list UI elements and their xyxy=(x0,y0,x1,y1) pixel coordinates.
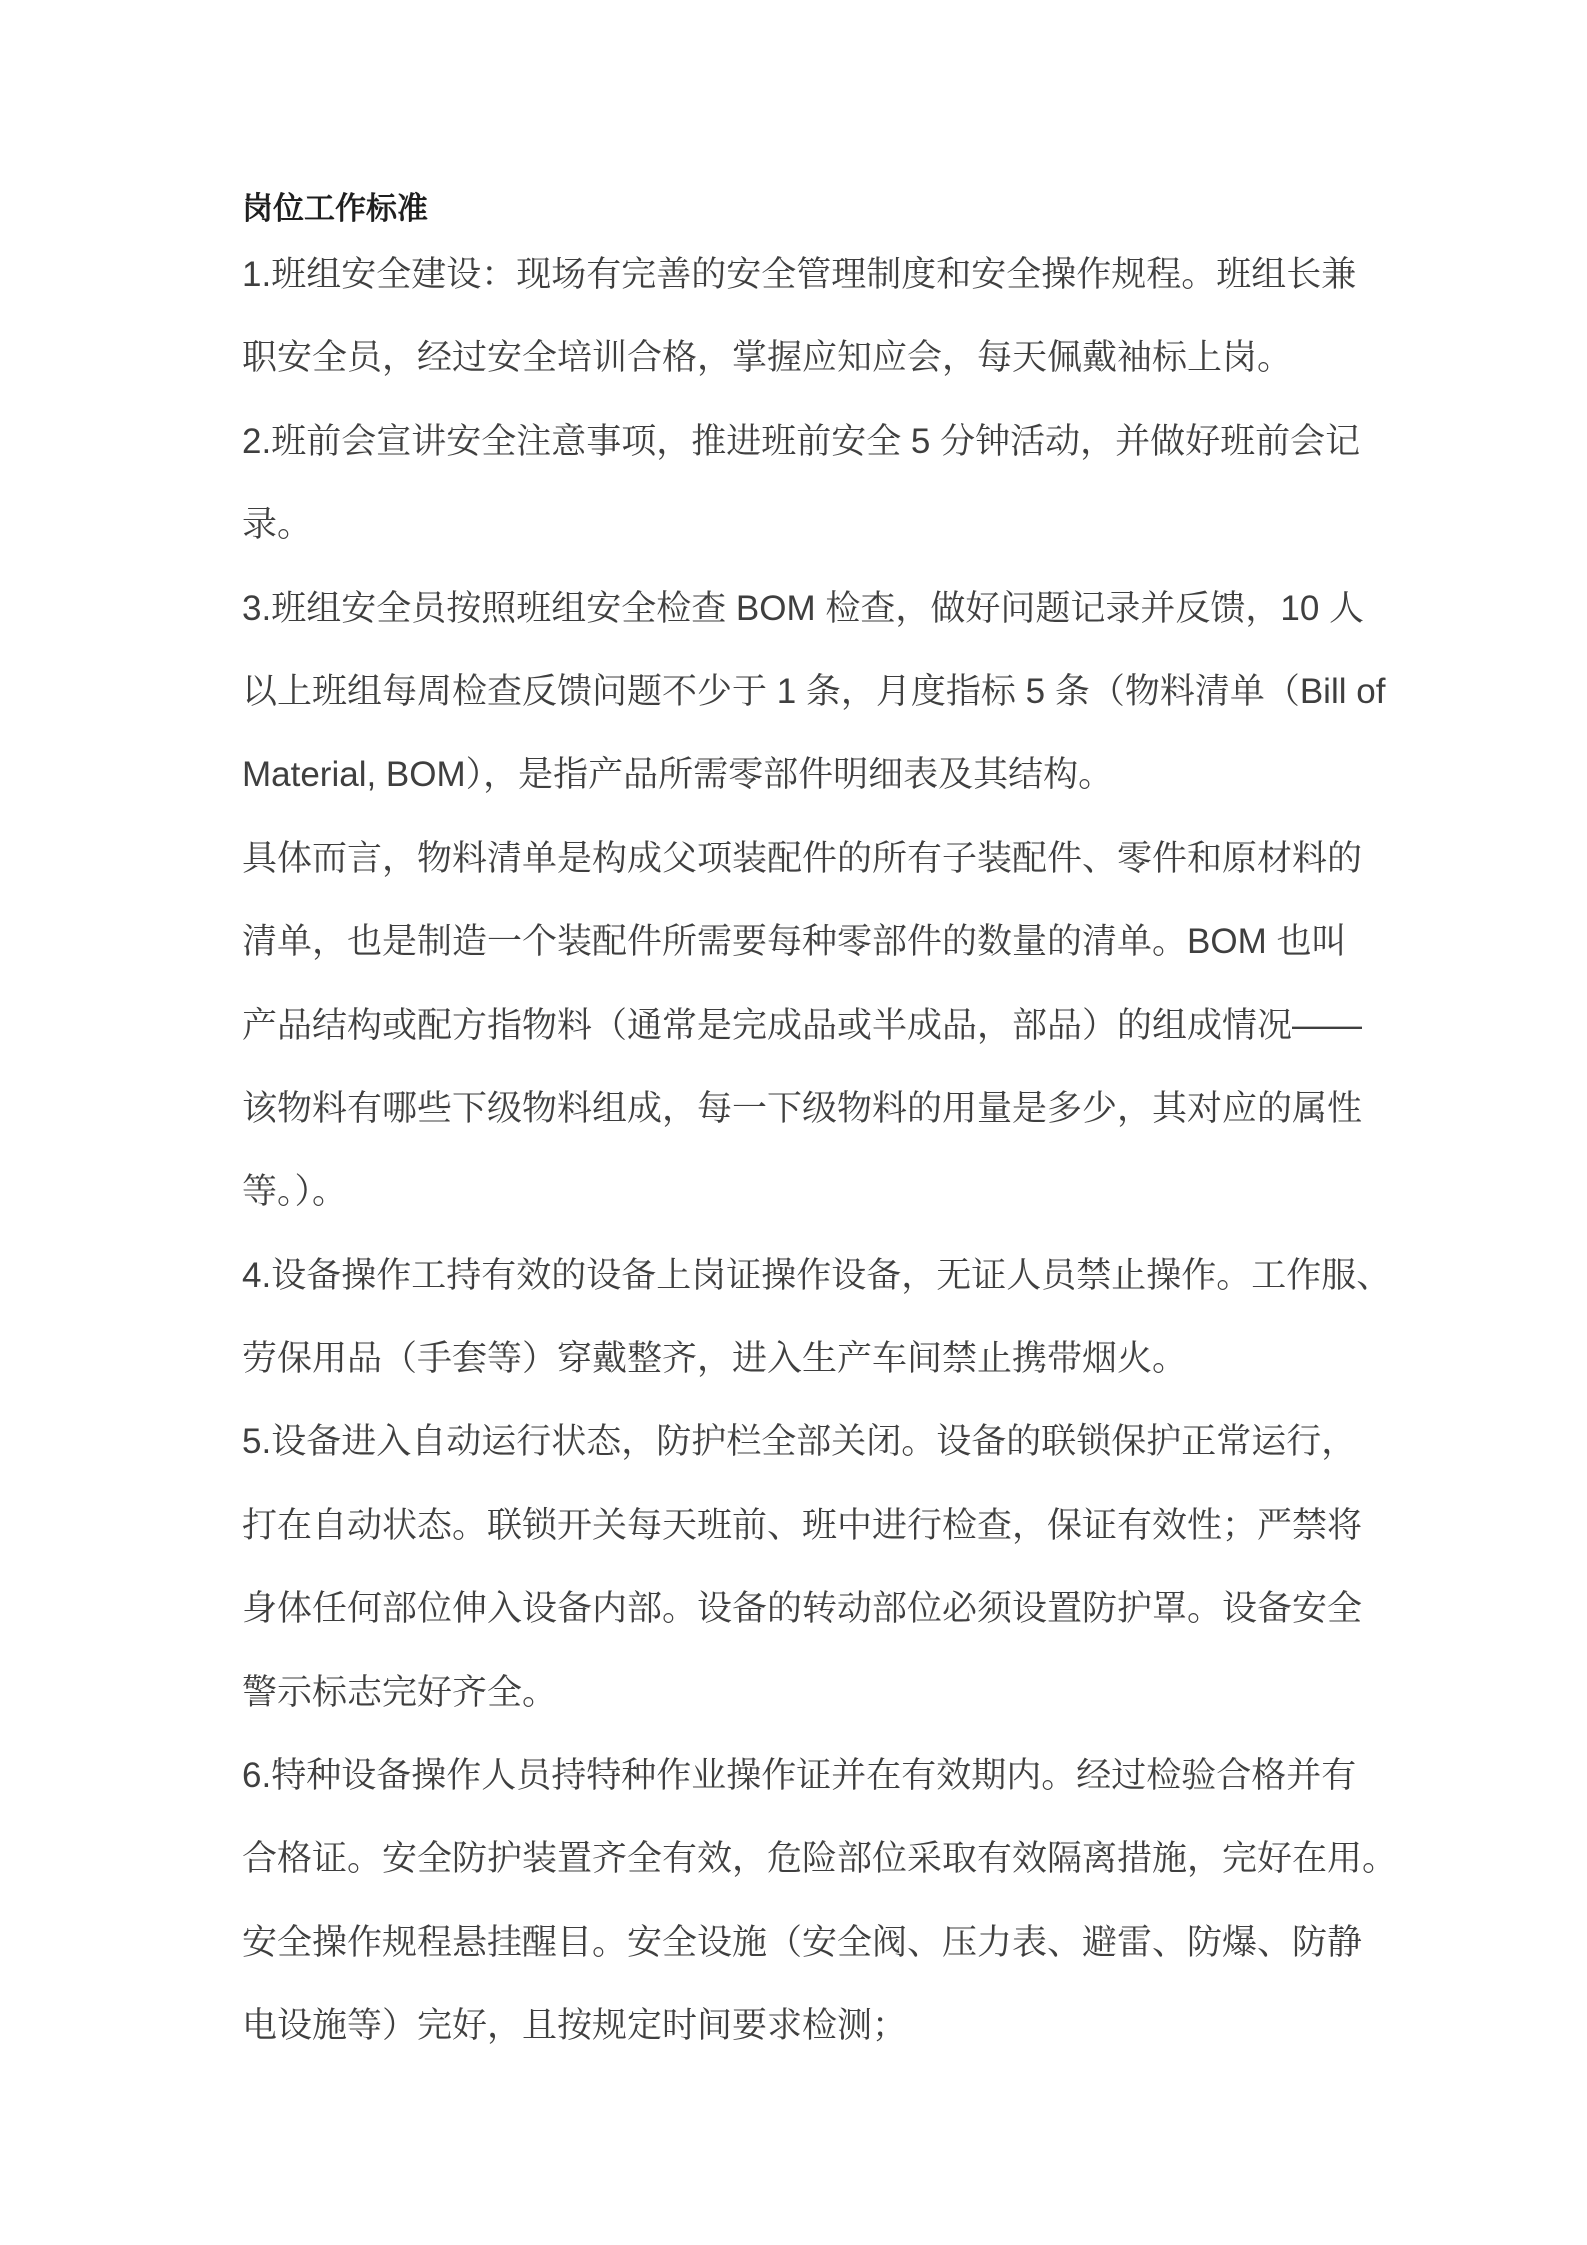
text-line: 5.设备进入自动运行状态，防护栏全部关闭。设备的联锁保护正常运行， xyxy=(242,1400,1345,1483)
text-line: 警示标志完好齐全。 xyxy=(242,1651,1345,1734)
text-line: 3.班组安全员按照班组安全检查 BOM 检查，做好问题记录并反馈，10 人 xyxy=(242,567,1345,650)
text-line: 6.特种设备操作人员持特种作业操作证并在有效期内。经过检验合格并有 xyxy=(242,1734,1345,1817)
text-line: 2.班前会宣讲安全注意事项，推进班前安全 5 分钟活动，并做好班前会记 xyxy=(242,400,1345,483)
text-line: 4.设备操作工持有效的设备上岗证操作设备，无证人员禁止操作。工作服、 xyxy=(242,1234,1345,1317)
text-line: 具体而言，物料清单是构成父项装配件的所有子装配件、零件和原材料的 xyxy=(242,817,1345,900)
text-line: 等。）。 xyxy=(242,1150,1345,1233)
text-line: 以上班组每周检查反馈问题不少于 1 条，月度指标 5 条（物料清单（Bill o… xyxy=(242,650,1345,733)
document-body: 1.班组安全建设：现场有完善的安全管理制度和安全操作规程。班组长兼职安全员，经过… xyxy=(242,233,1345,2068)
document-page: 岗位工作标准 1.班组安全建设：现场有完善的安全管理制度和安全操作规程。班组长兼… xyxy=(0,0,1587,2245)
text-line: 该物料有哪些下级物料组成，每一下级物料的用量是多少，其对应的属性 xyxy=(242,1067,1345,1150)
text-line: 录。 xyxy=(242,483,1345,566)
text-line: 劳保用品（手套等）穿戴整齐，进入生产车间禁止携带烟火。 xyxy=(242,1317,1345,1400)
text-line: 职安全员，经过安全培训合格，掌握应知应会，每天佩戴袖标上岗。 xyxy=(242,316,1345,399)
text-line: 1.班组安全建设：现场有完善的安全管理制度和安全操作规程。班组长兼 xyxy=(242,233,1345,316)
text-line: 安全操作规程悬挂醒目。安全设施（安全阀、压力表、避雷、防爆、防静 xyxy=(242,1901,1345,1984)
text-line: 清单，也是制造一个装配件所需要每种零部件的数量的清单。BOM 也叫 xyxy=(242,900,1345,983)
text-line: Material, BOM），是指产品所需零部件明细表及其结构。 xyxy=(242,733,1345,816)
document-title: 岗位工作标准 xyxy=(242,192,428,226)
text-line: 身体任何部位伸入设备内部。设备的转动部位必须设置防护罩。设备安全 xyxy=(242,1567,1345,1650)
text-line: 合格证。安全防护装置齐全有效，危险部位采取有效隔离措施，完好在用。 xyxy=(242,1817,1345,1900)
text-line: 打在自动状态。联锁开关每天班前、班中进行检查，保证有效性；严禁将 xyxy=(242,1484,1345,1567)
text-line: 电设施等）完好，且按规定时间要求检测； xyxy=(242,1984,1345,2067)
text-line: 产品结构或配方指物料（通常是完成品或半成品，部品）的组成情况—— xyxy=(242,984,1345,1067)
